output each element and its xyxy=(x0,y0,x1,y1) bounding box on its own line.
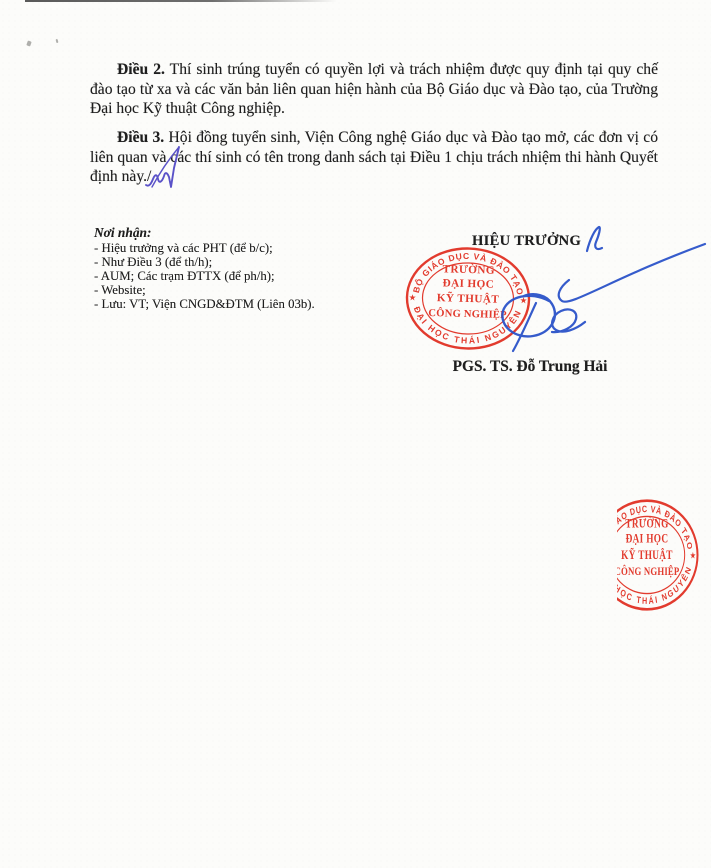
edge-seal-stamp-clip: BỘ GIÁO DỤC VÀ ĐÀO TẠO ĐẠI HỌC THÁI NGUY… xyxy=(617,490,711,620)
seal-center-line: ĐẠI HỌC xyxy=(626,532,669,545)
recipient-item: - Website; xyxy=(94,283,315,297)
seal-center-line: KỸ THUẬT xyxy=(621,548,673,563)
scan-artifact-line xyxy=(25,0,337,2)
seal-center-line: TRƯỜNG xyxy=(442,263,495,276)
body-line: Đại học Kỹ thuật Công nghiệp. xyxy=(90,99,658,119)
body-text: Hội đồng tuyển sinh, Viện Công nghệ Giáo… xyxy=(164,129,658,146)
article-2-label: Điều 2. xyxy=(117,61,165,78)
body-text: liên quan và các thí sinh có tên trong d… xyxy=(90,149,658,166)
seal-center-line: TRƯỜNG xyxy=(625,517,668,530)
article-3-label: Điều 3. xyxy=(117,129,164,146)
signature-loops-stroke xyxy=(552,309,585,332)
seal-star-left-icon: ★ xyxy=(409,292,417,302)
body-text: Thí sinh trúng tuyển có quyền lợi và trá… xyxy=(165,61,658,78)
signature-sweep-stroke xyxy=(559,244,705,302)
body-line: liên quan và các thí sinh có tên trong d… xyxy=(90,148,658,168)
body-line: Điều 3. Hội đồng tuyển sinh, Viện Công n… xyxy=(90,128,658,148)
body-line: đào tạo từ xa và các văn bản liên quan h… xyxy=(90,80,658,100)
edge-seal-stamp: BỘ GIÁO DỤC VÀ ĐÀO TẠO ĐẠI HỌC THÁI NGUY… xyxy=(617,498,700,612)
scan-artifact-speck xyxy=(56,39,59,43)
scanned-document-page: Điều 2. Thí sinh trúng tuyển có quyền lợ… xyxy=(0,0,711,868)
seal-center-line: KỸ THUẬT xyxy=(437,291,500,306)
recipient-item: - Như Điều 3 (để th/h); xyxy=(94,255,315,269)
body-text: định này./ xyxy=(90,168,151,185)
seal-center-line: CÔNG NGHIỆP xyxy=(428,306,507,321)
seal-star-right-icon: ★ xyxy=(690,551,696,561)
recipients-title: Nơi nhận: xyxy=(94,226,315,241)
seal-star-right-icon: ★ xyxy=(520,295,528,305)
signer-name: PGS. TS. Đỗ Trung Hải xyxy=(430,358,630,376)
article-3-paragraph: Điều 3. Hội đồng tuyển sinh, Viện Công n… xyxy=(90,128,658,187)
seal-center-line: ĐẠI HỌC xyxy=(442,277,494,290)
scan-artifact-speck xyxy=(26,40,31,46)
official-seal-stamp: BỘ GIÁO DỤC VÀ ĐÀO TẠO ĐẠI HỌC THÁI NGUY… xyxy=(403,244,534,352)
recipient-item: - Lưu: VT; Viện CNGD&ĐTM (Liên 03b). xyxy=(94,297,315,311)
recipients-block: Nơi nhận: - Hiệu trưởng và các PHT (để b… xyxy=(94,226,315,311)
body-text: Đại học Kỹ thuật Công nghiệp. xyxy=(90,100,285,117)
recipient-item: - AUM; Các trạm ĐTTX (để ph/h); xyxy=(94,269,315,283)
body-text: đào tạo từ xa và các văn bản liên quan h… xyxy=(90,81,658,98)
signature-initial-mark xyxy=(587,227,602,251)
body-line: Điều 2. Thí sinh trúng tuyển có quyền lợ… xyxy=(90,60,658,80)
article-2-paragraph: Điều 2. Thí sinh trúng tuyển có quyền lợ… xyxy=(90,60,658,119)
body-line: định này./ xyxy=(90,167,658,187)
seal-center-line: CÔNG NGHIỆP xyxy=(617,564,679,579)
recipient-item: - Hiệu trưởng và các PHT (để b/c); xyxy=(94,241,315,255)
